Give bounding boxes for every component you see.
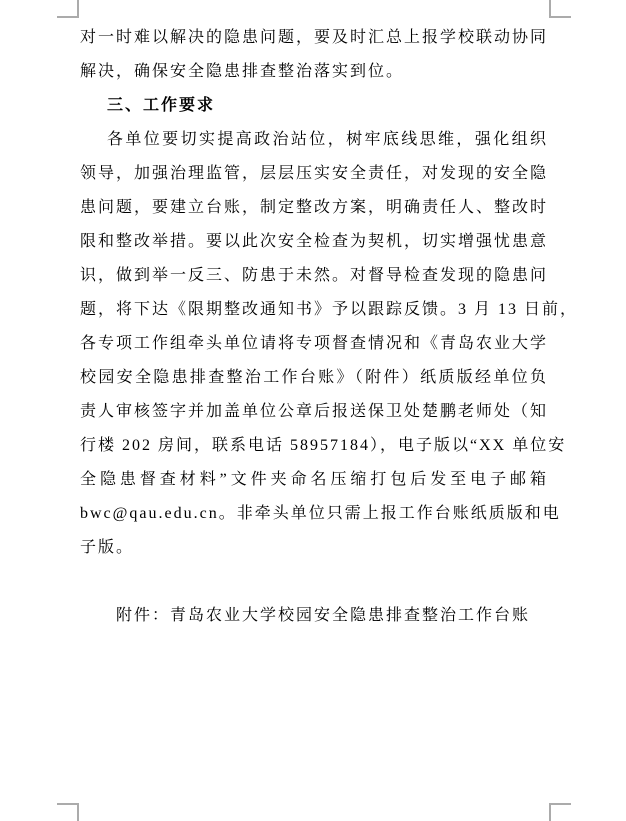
- document-line: 对一时难以解决的隐患问题，要及时汇总上报学校联动协同: [80, 21, 548, 55]
- document-line: 责人审核签字并加盖单位公章后报送保卫处楚鹏老师处（知: [80, 395, 548, 429]
- crop-mark-top-right-icon: [549, 0, 571, 18]
- document-line: 限和整改举措。要以此次安全检查为契机，切实增强忧患意: [80, 225, 548, 259]
- document-line: bwc@qau.edu.cn。非牵头单位只需上报工作台账纸质版和电: [80, 497, 548, 531]
- document-line: 行楼 202 房间，联系电话 58957184），电子版以“XX 单位安: [80, 429, 548, 463]
- document-line: 解决，确保安全隐患排查整治落实到位。: [80, 55, 548, 89]
- section-heading: 三、工作要求: [80, 89, 548, 123]
- document-line: 各专项工作组牵头单位请将专项督查情况和《青岛农业大学: [80, 327, 548, 361]
- document-page: 对一时难以解决的隐患问题，要及时汇总上报学校联动协同 解决，确保安全隐患排查整治…: [0, 0, 626, 821]
- crop-mark-top-left-icon: [57, 0, 79, 18]
- crop-mark-bottom-left-icon: [57, 803, 79, 821]
- document-line: 子版。: [80, 531, 548, 565]
- crop-mark-bottom-right-icon: [549, 803, 571, 821]
- document-body-text: 对一时难以解决的隐患问题，要及时汇总上报学校联动协同 解决，确保安全隐患排查整治…: [80, 21, 548, 633]
- document-line: 患问题，要建立台账，制定整改方案，明确责任人、整改时: [80, 191, 548, 225]
- document-line: 题，将下达《限期整改通知书》予以跟踪反馈。3 月 13 日前，: [80, 293, 548, 327]
- attachment-line: 附件：青岛农业大学校园安全隐患排查整治工作台账: [80, 599, 548, 633]
- document-line: 全隐患督查材料”文件夹命名压缩打包后发至电子邮箱: [80, 463, 548, 497]
- document-line: 校园安全隐患排查整治工作台账》（附件）纸质版经单位负: [80, 361, 548, 395]
- document-line: 领导，加强治理监管，层层压实安全责任，对发现的安全隐: [80, 157, 548, 191]
- document-line: 识，做到举一反三、防患于未然。对督导检查发现的隐患问: [80, 259, 548, 293]
- document-line: 各单位要切实提高政治站位，树牢底线思维，强化组织: [80, 123, 548, 157]
